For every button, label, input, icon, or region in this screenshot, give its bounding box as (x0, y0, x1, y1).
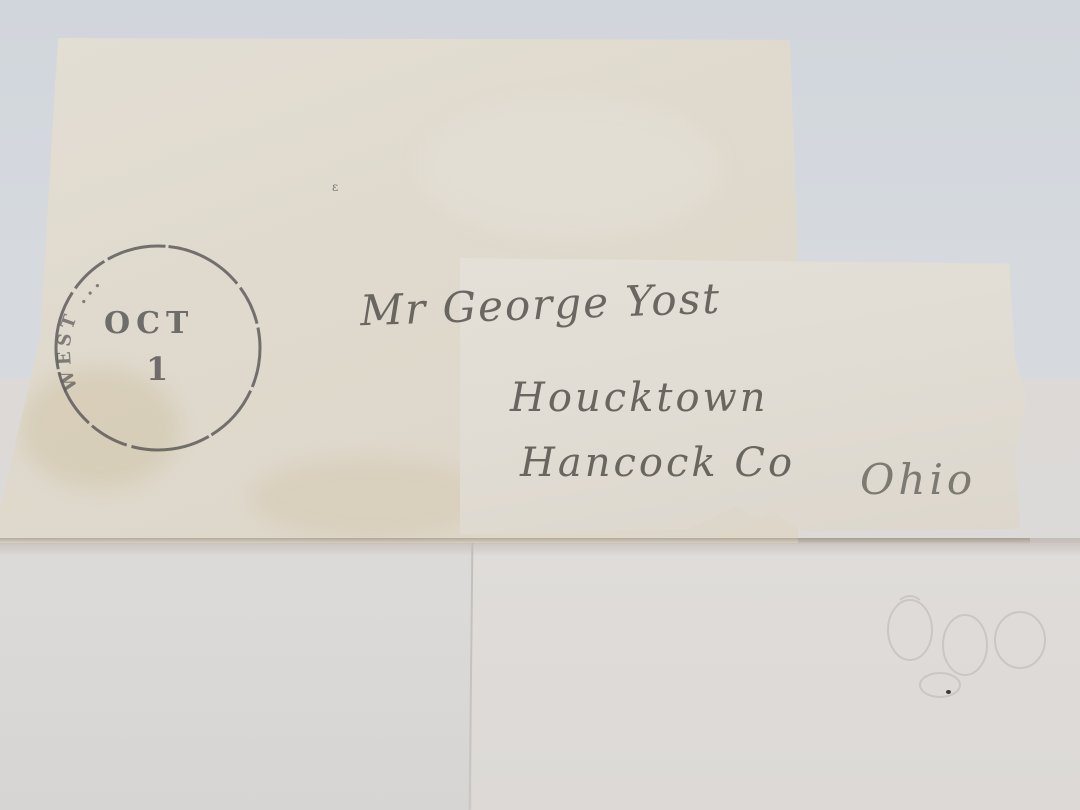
address-town: Houcktown (510, 375, 769, 421)
postmark: WEST ... OCT 1 (38, 238, 278, 458)
ink-speck (946, 690, 951, 694)
postmark-month: OCT (104, 306, 194, 341)
embossed-seal-icon (880, 590, 1050, 700)
address-county: Hancock Co (520, 440, 795, 486)
postmark-arc-text: WEST ... (54, 270, 107, 394)
postmark-day: 1 (146, 350, 169, 388)
svg-text:WEST ...: WEST ... (54, 270, 107, 394)
postmark-ring-icon: WEST ... (38, 238, 278, 458)
address-state: Ohio (860, 455, 976, 504)
envelope-bottom-edge (0, 538, 1030, 544)
pencil-mark: ɛ (332, 180, 338, 194)
